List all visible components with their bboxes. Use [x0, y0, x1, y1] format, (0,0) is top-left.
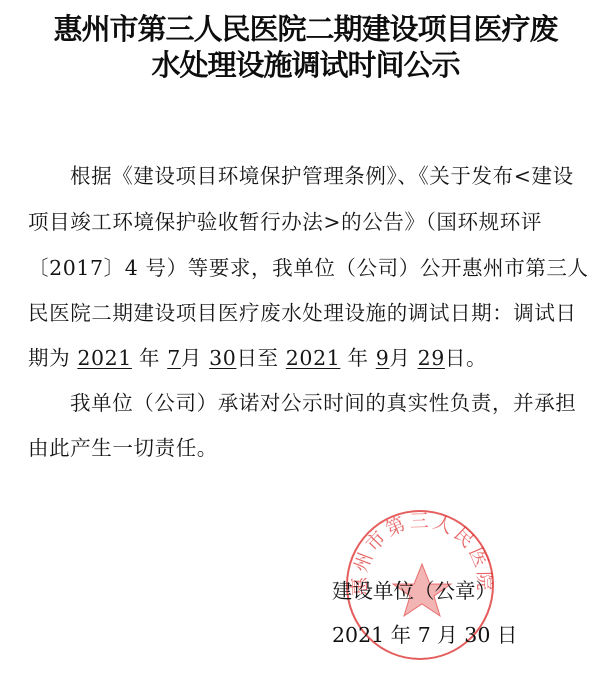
date-prefix: 期为: [28, 346, 70, 370]
start-day: 30: [209, 346, 236, 370]
start-year: 2021: [77, 346, 132, 370]
year-char-2: 年: [347, 346, 368, 370]
end-year: 2021: [286, 346, 341, 370]
year-char: 年: [139, 346, 160, 370]
paragraph-1-line-2: 项目竣工环境保护验收暂行办法>的公告》（国环规环评: [28, 209, 542, 235]
paragraph-2-line-2: 由此产生一切责任。: [28, 435, 218, 461]
paragraph-1-line-3: 〔2017〕4 号）等要求，我单位（公司）公开惠州市第三人: [28, 255, 589, 281]
signature-date: 2021 年 7 月 30 日: [332, 622, 517, 648]
paragraph-1-line-4: 民医院二期建设项目医疗废水处理设施的调试日期：调试日: [28, 300, 577, 326]
month-char: 月: [181, 346, 202, 370]
document-title-line-2: 水处理设施调试时间公示: [0, 48, 611, 82]
start-month: 7: [167, 346, 181, 370]
end-day: 29: [418, 346, 445, 370]
end-month: 9: [376, 346, 390, 370]
document-title-line-1: 惠州市第三人民医院二期建设项目医疗废: [0, 12, 611, 46]
debug-date-line: 期为 2021 年 7月 30日至 2021 年 9月 29日。: [28, 345, 487, 371]
day-to: 日至: [236, 346, 278, 370]
month-char-2: 月: [389, 346, 410, 370]
paragraph-2-line-1: 我单位（公司）承诺对公示时间的真实性负责，并承担: [70, 390, 576, 416]
signature-unit: 建设单位（公章）: [332, 578, 496, 604]
paragraph-1-line-1: 根据《建设项目环境保护管理条例》、《关于发布<建设: [70, 163, 574, 189]
date-suffix: 日。: [445, 346, 487, 370]
